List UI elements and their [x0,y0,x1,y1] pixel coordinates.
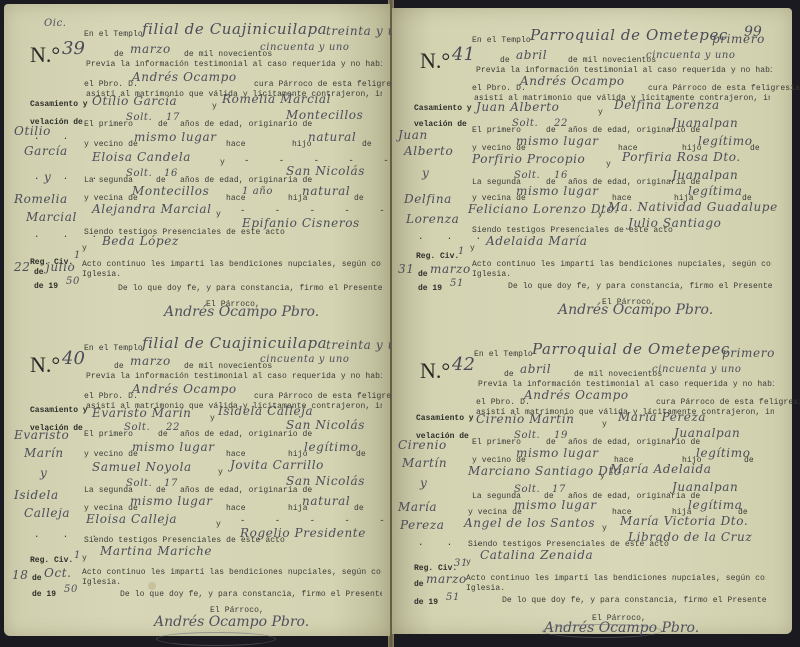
groom-residence: mismo lugar [132,440,215,454]
form-iglesia: Iglesia. [82,578,121,587]
bride-residence: mismo lugar [130,494,213,508]
register-book: Oic. N.° 39 En el Templo filial de Cuaji… [0,0,800,647]
margin-casamiento: Casamiento y [30,406,88,415]
year-words: cincuenta y uno [646,50,736,61]
form-previa: Previa la información testimonial al cas… [86,60,382,69]
form-doy-fe: De lo que doy fe, y para constancia, fir… [120,590,382,599]
form-y3: y [602,524,607,533]
form-cura: cura Párroco de esta feligresía [254,392,406,401]
witness-1: Epifanio Cisneros [242,216,360,230]
groom-mother: Porfiria Rosa Dto. [622,150,741,164]
bride-mother: Alejandra Marcial [92,202,212,216]
bride-mother: Eloisa Calleja [86,512,177,526]
form-acto: Acto continuo les impartí las bendicione… [472,260,772,269]
priest-name: Andrés Ocampo [132,382,237,396]
form-year: de mil novecientos [574,370,662,379]
signature-flourish [542,624,662,638]
bride-filiation: legítima [688,498,742,512]
form-y2: y [606,160,611,169]
groom-name: Otilio García [92,94,177,108]
form-month-prefix: de [504,370,514,379]
margin-name-5: Calleja [24,506,70,520]
reg-civ-day: 18 [12,568,28,582]
reg-civ-year: 51 [450,278,464,289]
groom-status: Solt. [126,112,152,123]
margin-name-4: María [398,500,437,514]
entry-number-label: N.° [420,358,450,384]
margin-name-1: Cirenio [398,438,447,452]
form-hace: hace [226,140,246,149]
groom-filiation: legítimo [696,446,751,460]
margin-reg-civ: Reg. Civ. [30,556,73,565]
margin-name-3: y [420,476,427,490]
form-temple: En el Templo [84,30,143,39]
bride-name: Delfina Lorenza [614,98,720,112]
bride-status: Solt. [126,478,152,489]
form-y: y [602,420,607,429]
form-iglesia: Iglesia. [82,270,121,279]
witness-1: Julio Santiago [628,216,721,230]
form-year: de mil novecientos [184,50,272,59]
bride-father: Feliciano Lorenzo Dto. [468,202,619,216]
right-page: 99 N.° 41 En el Templo Parroquial de Ome… [392,8,792,634]
margin-de-19: de 19 [414,598,438,607]
bride-name: Romelia Marcial [222,92,331,106]
priest-name: Andrés Ocampo [524,388,629,402]
priest-signature: Andrés Ocampo Pbro. [154,614,309,630]
witness-2: Martina Mariche [100,544,212,558]
bride-name: Isidela Calleja [218,404,313,418]
margin-name-2: Marín [24,446,64,460]
form-doy-fe: De lo que doy fe, y para constancia, fir… [508,282,774,291]
groom-name: Evaristo Marín [92,406,191,420]
groom-father: Porfirio Procopio [472,152,585,166]
groom-age: 22 [554,118,568,129]
form-y: y [212,102,217,111]
margin-name-4: Delfina [404,192,452,206]
bride-filiation: natural [302,494,350,508]
entry-42: N.° 42 En el Templo Parroquial de Ometep… [392,324,792,640]
month: marzo [130,42,171,56]
priest-signature: Andrés Ocampo Pbro. [164,304,319,320]
form-temple: En el Templo [472,36,531,45]
bride-age: 16 [164,168,178,179]
groom-father: Samuel Noyola [92,460,192,474]
form-vecino: y vecino de [84,140,138,149]
margin-name-3: y [422,166,429,180]
form-year: de mil novecientos [184,362,272,371]
margin-name-2: Alberto [404,144,453,158]
groom-name: Cirenio Martín [476,412,574,426]
form-y2: y [600,472,605,481]
form-doy-fe: De lo que doy fe, y para constancia, fir… [502,596,768,605]
form-cura: cura Párroco de esta feligresía [254,80,406,89]
bride-residence: Montecillos [132,184,209,198]
margin-name-1: Juan [398,128,428,142]
bride-mother: María Victoria Dto. [620,514,748,528]
margin-casamiento: Casamiento y [416,414,474,423]
witness-2: Catalina Zenaida [480,548,593,562]
margin-name-5: Lorenza [406,212,459,226]
month: marzo [130,354,171,368]
entry-number: 41 [452,44,475,65]
bride-age: 16 [554,170,568,181]
form-de: de [356,450,366,459]
groom-age: 22 [166,422,180,433]
form-pbro: el Pbro. D. [84,80,138,89]
form-y3: y [216,520,221,529]
form-month-prefix: de [114,362,124,371]
form-year: de mil novecientos [568,56,656,65]
form-cura: cura Párroco de esta feligresía [656,398,800,407]
form-vecino: y vecino de [84,450,138,459]
margin-de: de [414,580,424,589]
reg-civ-number: 1 [458,246,465,257]
form-temple: En el Templo [474,350,533,359]
entry-40: N.° 40 En el Templo filial de Cuajinicui… [4,320,390,636]
margin-de-19: de 19 [418,284,442,293]
form-y3: y [598,210,603,219]
form-de: de [362,140,372,149]
reg-civ-year: 50 [66,276,80,287]
groom-filiation: natural [308,130,356,144]
year-words: cincuenta y uno [652,364,742,375]
margin-name-5: Marcial [26,210,77,224]
form-de-f: de [354,504,364,513]
groom-origin: Juanalpan [674,426,740,440]
groom-name: Juan Alberto [476,100,560,114]
reg-civ-day: 22 [14,260,30,274]
groom-origin: Montecillos [286,108,363,122]
groom-status: Solt. [514,430,540,441]
form-y2: y [218,468,223,477]
entry-number-label: N.° [30,42,60,68]
year-words: cincuenta y uno [260,354,350,365]
reg-civ-year: 50 [64,584,78,595]
entry-number-label: N.° [30,352,60,378]
bride-filiation: natural [302,184,350,198]
groom-age: 19 [554,430,568,441]
groom-mother: Eloisa Candela [92,150,191,164]
witness-2: Adelaida María [486,234,588,248]
groom-mother: María Adelaida [610,462,712,476]
entry-number-label: N.° [420,48,450,74]
temple-name: Parroquial de Ometepec [532,340,730,358]
form-acto: Acto continuo les impartí las bendicione… [466,574,766,583]
witness-2: Beda López [102,234,179,248]
form-previa: Previa la información testimonial al cas… [86,372,382,381]
month: abril [520,362,551,376]
bride-residence: mismo lugar [514,498,597,512]
temple-name: Parroquial de Ometepec [530,26,728,44]
form-de: de [750,144,760,153]
temple-name: filial de Cuajinicuilapa [142,20,327,38]
form-acto: Acto continuo les impartí las bendicione… [82,568,382,577]
form-month-prefix: de [500,56,510,65]
entry-41: N.° 41 En el Templo Parroquial de Ometep… [392,8,792,324]
bride-filiation: legítima [688,184,742,198]
form-de-f: de [354,194,364,203]
form-y4: y [82,244,87,253]
month: abril [516,48,547,62]
margin-name-4: Romelia [14,192,68,206]
form-hace-f: hace [226,504,246,513]
witness-1: Rogelio Presidente [240,526,366,540]
day: primero [712,32,765,46]
bride-origin: San Nicolás [286,474,365,488]
groom-residence: mismo lugar [516,446,599,460]
reg-civ-month: julio [46,260,75,274]
margin-name-2: Martín [402,456,447,470]
groom-filiation: legítimo [698,134,753,148]
groom-residence: mismo lugar [134,130,217,144]
form-y2: y [220,158,225,167]
form-iglesia: Iglesia. [472,270,511,279]
reg-civ-number: 31 [454,558,468,569]
margin-name-2: García [24,144,68,158]
bride-name: María Pereza [618,410,706,424]
margin-name-3: y [40,466,47,480]
bride-origin: Juanalpan [672,168,738,182]
bride-mother: Ma. Natividad Guadalupe [608,200,778,214]
temple-name: filial de Cuajinicuilapa [142,334,327,352]
form-pbro: el Pbro. D. [476,398,530,407]
bride-age: 17 [164,478,178,489]
margin-de: de [34,268,44,277]
bride-status: Solt. [126,168,152,179]
form-de: de [744,456,754,465]
form-y: y [210,414,215,423]
margin-note: Oic. [44,18,67,29]
bride-origin: Juanalpan [672,480,738,494]
reg-civ-month: marzo [430,262,471,276]
form-acto: Acto continuo les impartí las bendicione… [82,260,382,269]
margin-casamiento: Casamiento y [414,104,472,113]
bride-residence-time: 1 año [242,186,273,197]
margin-de-19: de 19 [34,282,58,291]
groom-status: Solt. [512,118,538,129]
form-y3: y [216,210,221,219]
margin-de: de [32,574,42,583]
margin-name-1: Evaristo [14,428,69,442]
witness-1: Librado de la Cruz [628,530,752,544]
margin-de-19: de 19 [32,590,56,599]
day: primero [722,346,775,360]
paper-stain [148,582,156,590]
reg-civ-day: 31 [398,262,414,276]
groom-age: 17 [166,112,180,123]
groom-mother: Jovita Carrillo [230,458,324,472]
form-pbro: el Pbro. D. [472,84,526,93]
form-doy-fe: De lo que doy fe, y para constancia, fir… [118,284,384,293]
margin-name-5: Pereza [400,518,445,532]
entry-number: 39 [62,38,85,59]
form-temple: En el Templo [84,344,143,353]
form-iglesia: Iglesia. [466,584,505,593]
bride-residence: mismo lugar [516,184,599,198]
form-y: y [598,108,603,117]
entry-number: 40 [62,348,85,369]
form-y4: y [470,244,475,253]
groom-status: Solt. [124,422,150,433]
form-cura: cura Párroco de esta feligresía [648,84,800,93]
reg-civ-month: marzo [426,572,467,586]
form-month-prefix: de [114,50,124,59]
form-pbro: el Pbro. D. [84,392,138,401]
groom-origin: San Nicolás [286,418,365,432]
signature-flourish [156,632,276,646]
form-y4: y [82,554,87,563]
priest-signature: Andrés Ocampo Pbro. [558,302,713,318]
reg-civ-number: 1 [74,550,81,561]
priest-name: Andrés Ocampo [132,70,237,84]
margin-casamiento: Casamiento y [30,100,88,109]
margin-name-4: Isidela [14,488,59,502]
groom-residence: mismo lugar [516,134,599,148]
entry-39: Oic. N.° 39 En el Templo filial de Cuaji… [4,4,390,320]
left-page: Oic. N.° 39 En el Templo filial de Cuaji… [4,4,390,636]
bride-father: Angel de los Santos [464,516,595,530]
bride-age: 17 [552,484,566,495]
groom-origin: Juanalpan [672,116,738,130]
priest-name: Andrés Ocampo [520,74,625,88]
reg-civ-month: Oct. [44,566,72,580]
entry-number: 42 [452,354,475,375]
year-words: cincuenta y uno [260,42,350,53]
bride-status: Solt. [514,170,540,181]
margin-de: de [418,270,428,279]
bride-status: Solt. [514,484,540,495]
margin-reg-civ: Reg. Civ. [416,252,459,261]
reg-civ-year: 51 [446,592,460,603]
groom-filiation: legítimo [304,440,359,454]
bride-origin: San Nicolás [286,164,365,178]
